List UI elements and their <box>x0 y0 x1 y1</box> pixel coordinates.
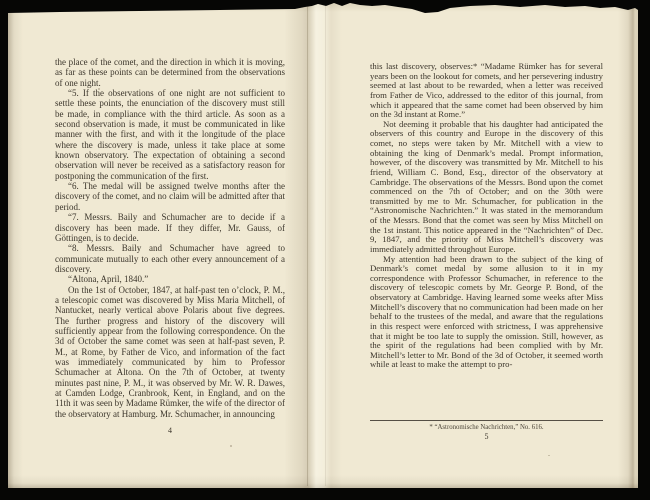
page-speck <box>230 445 232 447</box>
paragraph: “5. If the observations of one night are… <box>55 88 285 181</box>
gutter-crease <box>307 6 308 486</box>
paragraph: “8. Messrs. Baily and Schumacher have ag… <box>55 243 285 274</box>
page-speck <box>548 455 550 456</box>
right-page-text: this last discovery, observes:* “Madame … <box>370 62 603 370</box>
right-page-number: 5 <box>370 432 603 441</box>
paragraph: this last discovery, observes:* “Madame … <box>370 62 603 120</box>
gutter-crease <box>325 6 326 486</box>
book-scan: the place of the comet, and the directio… <box>0 0 650 500</box>
paragraph: My attention had been drawn to the subje… <box>370 255 603 371</box>
left-page-text: the place of the comet, and the directio… <box>55 57 285 419</box>
paragraph: On the 1st of October, 1847, at half-pas… <box>55 285 285 419</box>
paragraph: “7. Messrs. Baily and Schumacher are to … <box>55 212 285 243</box>
paragraph: “Altona, April, 1840.” <box>55 274 285 284</box>
footnote: * “Astronomische Nachrichten,” No. 616. <box>370 424 603 432</box>
left-page-number: 4 <box>55 426 285 435</box>
footnote-rule <box>370 420 603 421</box>
paragraph: “6. The medal will be assigned twelve mo… <box>55 181 285 212</box>
paragraph: Not deeming it probable that his daughte… <box>370 120 603 255</box>
paragraph: the place of the comet, and the directio… <box>55 57 285 88</box>
